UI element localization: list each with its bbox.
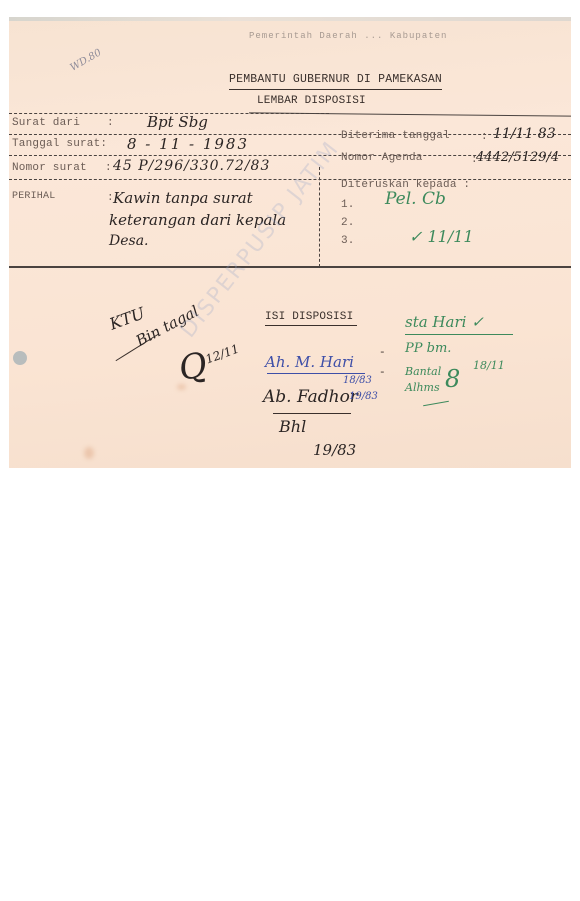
note-date-1: 18/83 bbox=[343, 375, 372, 386]
note-alhms: Alhms bbox=[405, 381, 440, 394]
perihal-line-1: Kawin tanpa surat bbox=[113, 189, 253, 207]
nomor-surat-label: Nomor surat bbox=[12, 162, 87, 174]
punch-hole bbox=[13, 351, 27, 365]
surat-dari-label: Surat dari bbox=[12, 117, 80, 129]
note-sta-hari: sta Hari ✓ bbox=[405, 313, 484, 331]
scanned-disposition-sheet: Pemerintah Daerah ... Kabupaten WD.80 PE… bbox=[9, 17, 571, 468]
form-title: LEMBAR DISPOSISI bbox=[257, 95, 366, 107]
note-underline bbox=[405, 334, 513, 335]
paper-stain bbox=[84, 447, 94, 459]
archive-mark: WD.80 bbox=[69, 47, 104, 73]
note-final-date: 19/83 bbox=[313, 441, 356, 459]
nomor-surat-value: 45 P/296/330.72/83 bbox=[113, 158, 270, 174]
isi-disposisi-underline bbox=[265, 325, 357, 326]
recipient-num-1: 1. bbox=[341, 199, 355, 211]
paraf-left-date: 12/11 bbox=[204, 342, 241, 367]
recipient-num-3: 3. bbox=[341, 235, 355, 247]
dash: - bbox=[379, 347, 386, 359]
isi-disposisi-title: ISI DISPOSISI bbox=[265, 311, 353, 323]
note-underline bbox=[273, 413, 351, 414]
nomor-agenda-label: Nomor Agenda bbox=[341, 152, 423, 164]
tanggal-surat-value: 8 - 11 - 1983 bbox=[127, 135, 249, 153]
paraf-right-date: 18/11 bbox=[473, 359, 505, 372]
diterima-tanggal-label: Diterima tanggal bbox=[341, 130, 450, 142]
note-bhl: Bhl bbox=[279, 417, 306, 436]
nomor-agenda-value: 4442/5129/4 bbox=[476, 150, 559, 165]
table-rule-bottom bbox=[9, 266, 571, 268]
note-underline bbox=[423, 401, 449, 406]
perihal-line-3: Desa. bbox=[109, 233, 149, 249]
table-rule bbox=[249, 112, 571, 116]
note-ah-m-hari: Ah. M. Hari bbox=[265, 353, 354, 371]
paraf-right: 8 bbox=[445, 365, 460, 393]
dash: - bbox=[379, 367, 386, 379]
note-bantal: Bantal bbox=[405, 365, 441, 378]
colon: : bbox=[107, 117, 114, 129]
recipient-3-paraf: ✓ 11/11 bbox=[409, 227, 474, 246]
institution-title: PEMBANTU GUBERNUR DI PAMEKASAN bbox=[229, 73, 442, 86]
recipient-1: Pel. Cb bbox=[385, 189, 446, 209]
tanggal-surat-label: Tanggal surat: bbox=[12, 138, 107, 150]
title-underline bbox=[229, 89, 442, 90]
perihal-label: PERIHAL bbox=[12, 191, 55, 202]
note-date-2: 19/83 bbox=[349, 391, 378, 402]
diterima-tanggal-value: 11/11 83 bbox=[493, 126, 556, 142]
note-pp-bm: PP bm. bbox=[405, 341, 451, 356]
colon: : bbox=[105, 162, 112, 174]
note-ab-fadhor: Ab. Fadhor bbox=[263, 387, 358, 407]
faint-letterhead: Pemerintah Daerah ... Kabupaten bbox=[249, 31, 447, 41]
note-underline bbox=[267, 373, 365, 374]
recipient-num-2: 2. bbox=[341, 217, 355, 229]
surat-dari-value: Bpt Sbg bbox=[147, 113, 208, 131]
colon: : bbox=[481, 131, 488, 143]
